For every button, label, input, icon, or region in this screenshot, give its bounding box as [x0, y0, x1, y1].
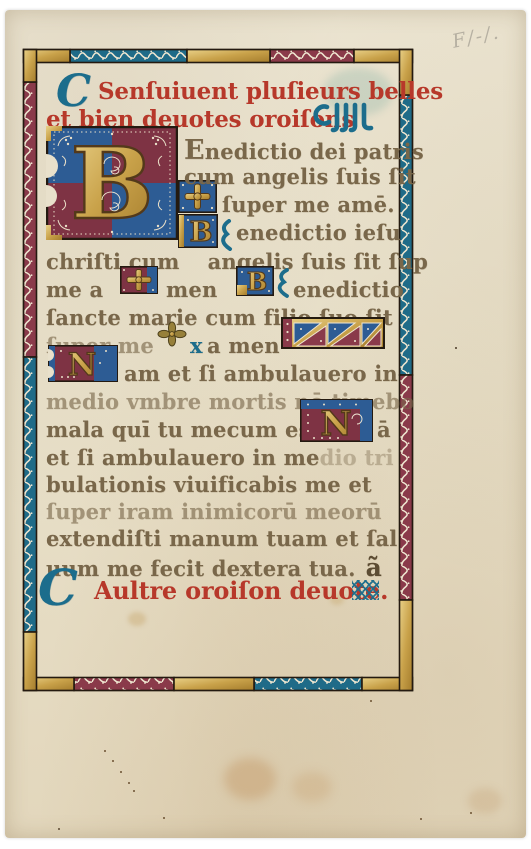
text-segment: et ſi ambulauero in me — [46, 445, 320, 470]
text-line-2: cum angelis ſuis ſit — [184, 164, 416, 189]
cross-flory-icon — [156, 320, 188, 348]
text-line-11a: mala quī tu mecum es — [46, 417, 311, 442]
text-line-6c: enedictio — [293, 277, 404, 302]
text-line-8b: x — [190, 333, 203, 358]
rubric-line-1: Senſuiuent pluſieurs belles — [98, 78, 443, 105]
manuscript-photo: F/-/. — [0, 0, 531, 849]
initial-letter: B — [71, 127, 154, 240]
text-line-1: Enedictio dei patris — [184, 135, 424, 166]
illuminated-initial-n: N — [300, 399, 373, 442]
text-line-15: extendiſti manum tuam et ſal — [46, 526, 398, 551]
initial-letter: N — [320, 404, 351, 442]
initial-letter: B — [247, 267, 267, 296]
pilcrow-icon: C — [38, 558, 78, 617]
text-line-9: am et ſi ambulauero in — [124, 361, 398, 386]
illuminated-initial-n: N — [48, 345, 118, 382]
cross-linefiller-icon — [120, 266, 158, 294]
initial-letter: B — [190, 217, 213, 248]
text-line-4: enedictio ieſu — [236, 220, 401, 245]
illuminated-initial-b-small: B — [178, 214, 218, 248]
illuminated-initial-b: B — [46, 126, 178, 240]
text-line-6a: me a — [46, 277, 103, 302]
text-line-3: ſuper me amē. — [222, 192, 395, 217]
footer-rubric: Aultre oroiſon deuote. — [94, 576, 388, 605]
cadel-bracket-icon — [219, 219, 233, 251]
text-segment-faded: dio tri — [320, 445, 394, 470]
cadel-flourish-icon — [306, 98, 378, 134]
text-line-11b: ā — [377, 417, 391, 442]
text-line-14: ſuper iram inimicorū meorū — [46, 499, 382, 524]
cadel-bracket-icon — [276, 268, 291, 298]
text-line-8c: a men — [207, 333, 280, 358]
text-line-13: bulationis viuificabis me et — [46, 472, 372, 497]
text-line-12: et ſi ambulauero in medio tri — [46, 445, 394, 470]
crosshatch-ornament-icon — [352, 580, 379, 600]
zigzag-linefiller-icon — [281, 317, 385, 349]
text-segment: chriſti cum — [46, 249, 180, 274]
text-line-6b: men — [166, 277, 217, 302]
illuminated-initial-b-small: B — [236, 266, 274, 296]
initial-letter: N — [68, 347, 96, 382]
